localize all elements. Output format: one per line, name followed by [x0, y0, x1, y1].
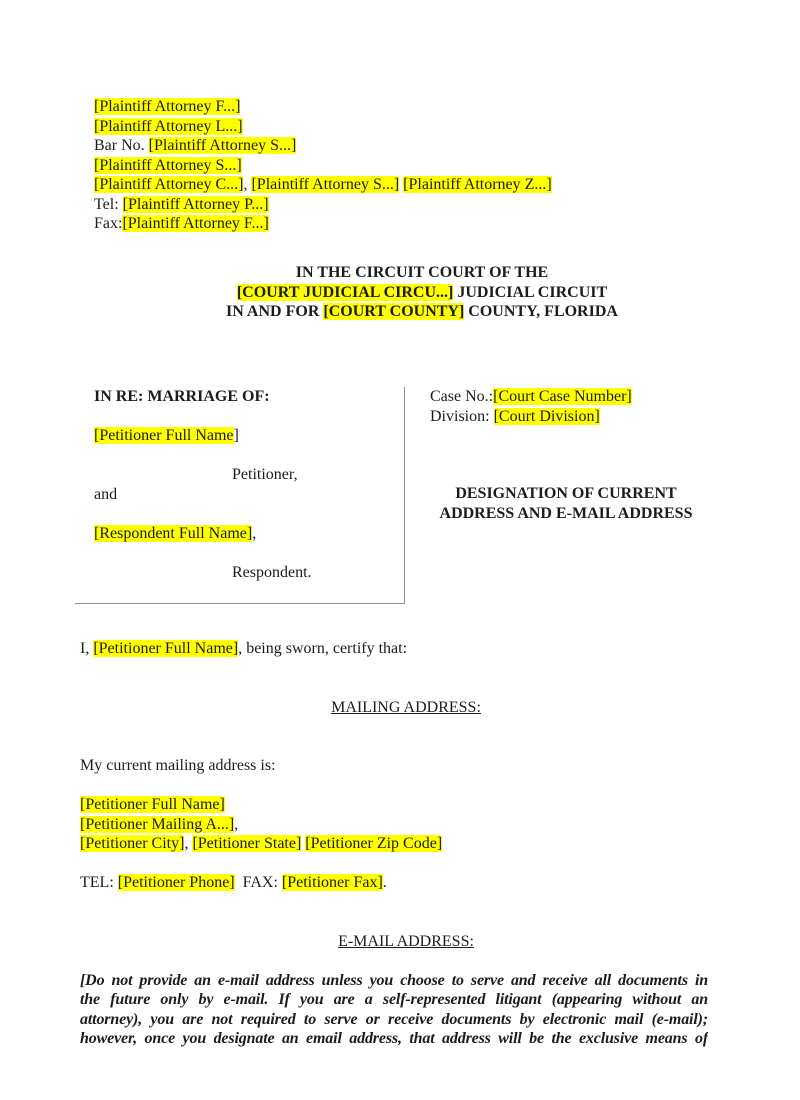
text-run: Bar No.	[94, 137, 149, 154]
address-block: [Petitioner Full Name] [Petitioner Maili…	[80, 795, 708, 854]
petitioner-name: [Petitioner Full Name]	[94, 426, 404, 446]
text-run: Tel:	[94, 196, 123, 213]
tel-fax-line: TEL: [Petitioner Phone] FAX: [Petitioner…	[80, 873, 708, 893]
placeholder-field[interactable]: [Court Case Number]	[493, 388, 632, 405]
placeholder-field[interactable]: [Plaintiff Attorney L...]	[94, 118, 243, 135]
paragraph-line: [Do not provide an e-mail address unless…	[80, 971, 708, 991]
division-line: Division: [Court Division]	[430, 407, 702, 427]
text-run: Case No.:	[430, 388, 493, 405]
case-number-line: Case No.:[Court Case Number]	[430, 387, 702, 407]
paragraph-line: the future only by e-mail. If you are a …	[80, 990, 708, 1010]
placeholder-field[interactable]: [Petitioner Full Name]	[93, 640, 238, 657]
document-body: I, [Petitioner Full Name], being sworn, …	[80, 639, 708, 1049]
mailing-address-heading: MAILING ADDRESS:	[80, 678, 708, 737]
caption-left-column: IN RE: MARRIAGE OF: [Petitioner Full Nam…	[75, 387, 405, 604]
placeholder-field[interactable]: [Petitioner Full Name]	[80, 796, 225, 813]
placeholder-field[interactable]: [Plaintiff Attorney S...]	[94, 157, 242, 174]
petitioner-label: Petitioner,	[232, 465, 404, 485]
text-run: TEL:	[80, 874, 118, 891]
placeholder-field[interactable]: [Petitioner Full Name	[94, 427, 234, 444]
text-run: FAX:	[235, 874, 282, 891]
sworn-statement-line: I, [Petitioner Full Name], being sworn, …	[80, 639, 708, 659]
placeholder-field[interactable]: [Plaintiff Attorney F...]	[94, 98, 240, 115]
placeholder-field[interactable]: [Court Division]	[494, 408, 600, 425]
email-notice-paragraph: [Do not provide an e-mail address unless…	[80, 971, 708, 1049]
attorney-line: [Plaintiff Attorney S...]	[94, 156, 552, 176]
caption-right-column: Case No.:[Court Case Number] Division: […	[430, 387, 702, 523]
respondent-name: [Respondent Full Name],	[94, 524, 404, 544]
in-re-heading: IN RE: MARRIAGE OF:	[94, 387, 404, 407]
placeholder-field[interactable]: [Plaintiff Attorney Z...]	[403, 176, 552, 193]
attorney-line: [Plaintiff Attorney L...]	[94, 117, 552, 137]
address-line: [Petitioner Full Name]	[80, 795, 708, 815]
placeholder-field[interactable]: [Plaintiff Attorney F...]	[122, 215, 268, 232]
placeholder-field[interactable]: [Petitioner City]	[80, 835, 184, 852]
current-address-line: My current mailing address is:	[80, 756, 708, 776]
text-run: ,	[252, 525, 256, 542]
mailing-address-heading-text: MAILING ADDRESS:	[331, 699, 481, 716]
attorney-block: [Plaintiff Attorney F...] [Plaintiff Att…	[94, 97, 552, 234]
paragraph-line: however, once you designate an email add…	[80, 1029, 708, 1049]
placeholder-field[interactable]: [Petitioner Mailing A...]	[80, 816, 234, 833]
text-run: Fax:	[94, 215, 122, 232]
placeholder-field[interactable]: [Petitioner Phone]	[118, 874, 235, 891]
text-run: , being sworn, certify that:	[238, 640, 407, 657]
case-caption: IN RE: MARRIAGE OF: [Petitioner Full Nam…	[75, 387, 735, 604]
respondent-label: Respondent.	[232, 563, 404, 583]
document-title-line: ADDRESS AND E-MAIL ADDRESS	[430, 504, 702, 524]
document-page: [Plaintiff Attorney F...] [Plaintiff Att…	[0, 0, 800, 1100]
court-header-line: IN THE CIRCUIT COURT OF THE	[80, 263, 764, 283]
attorney-line: Tel: [Plaintiff Attorney P...]	[94, 195, 552, 215]
text-run: COUNTY, FLORIDA	[464, 303, 618, 320]
text-run: ,	[234, 816, 238, 833]
text-run: Division:	[430, 408, 494, 425]
address-line: [Petitioner Mailing A...],	[80, 815, 708, 835]
placeholder-field[interactable]: [COURT JUDICIAL CIRCU...]	[237, 284, 454, 301]
document-title: DESIGNATION OF CURRENT ADDRESS AND E-MAI…	[430, 484, 702, 523]
court-header-line: [COURT JUDICIAL CIRCU...] JUDICIAL CIRCU…	[80, 283, 764, 303]
and-label: and	[94, 485, 404, 505]
attorney-line: Fax:[Plaintiff Attorney F...]	[94, 214, 552, 234]
placeholder-field[interactable]: [Respondent Full Name]	[94, 525, 252, 542]
court-header: IN THE CIRCUIT COURT OF THE [COURT JUDIC…	[80, 263, 764, 322]
attorney-line: Bar No. [Plaintiff Attorney S...]	[94, 136, 552, 156]
document-title-line: DESIGNATION OF CURRENT	[430, 484, 702, 504]
placeholder-field[interactable]: [Plaintiff Attorney P...]	[123, 196, 269, 213]
placeholder-field[interactable]: [Plaintiff Attorney S...]	[149, 137, 297, 154]
email-address-heading-text: E-MAIL ADDRESS:	[338, 933, 474, 950]
text-run: IN AND FOR	[226, 303, 323, 320]
placeholder-field[interactable]: [Plaintiff Attorney C...]	[94, 176, 243, 193]
placeholder-field[interactable]: [Petitioner Zip Code]	[305, 835, 442, 852]
text-run: IN THE CIRCUIT COURT OF THE	[296, 264, 548, 281]
placeholder-field[interactable]: [Petitioner Fax]	[282, 874, 383, 891]
attorney-line: [Plaintiff Attorney F...]	[94, 97, 552, 117]
court-header-line: IN AND FOR [COURT COUNTY] COUNTY, FLORID…	[80, 302, 764, 322]
placeholder-field[interactable]: [Plaintiff Attorney S...]	[251, 176, 399, 193]
text-run: JUDICIAL CIRCUIT	[453, 284, 607, 301]
paragraph-line: attorney), you are not required to serve…	[80, 1010, 708, 1030]
address-line: [Petitioner City], [Petitioner State] [P…	[80, 834, 708, 854]
text-run: I,	[80, 640, 93, 657]
text-run: .	[383, 874, 387, 891]
placeholder-field[interactable]: [COURT COUNTY]	[323, 303, 464, 320]
email-address-heading: E-MAIL ADDRESS:	[80, 912, 708, 971]
text-run: ]	[234, 427, 239, 444]
attorney-line: [Plaintiff Attorney C...], [Plaintiff At…	[94, 175, 552, 195]
placeholder-field[interactable]: [Petitioner State]	[192, 835, 301, 852]
